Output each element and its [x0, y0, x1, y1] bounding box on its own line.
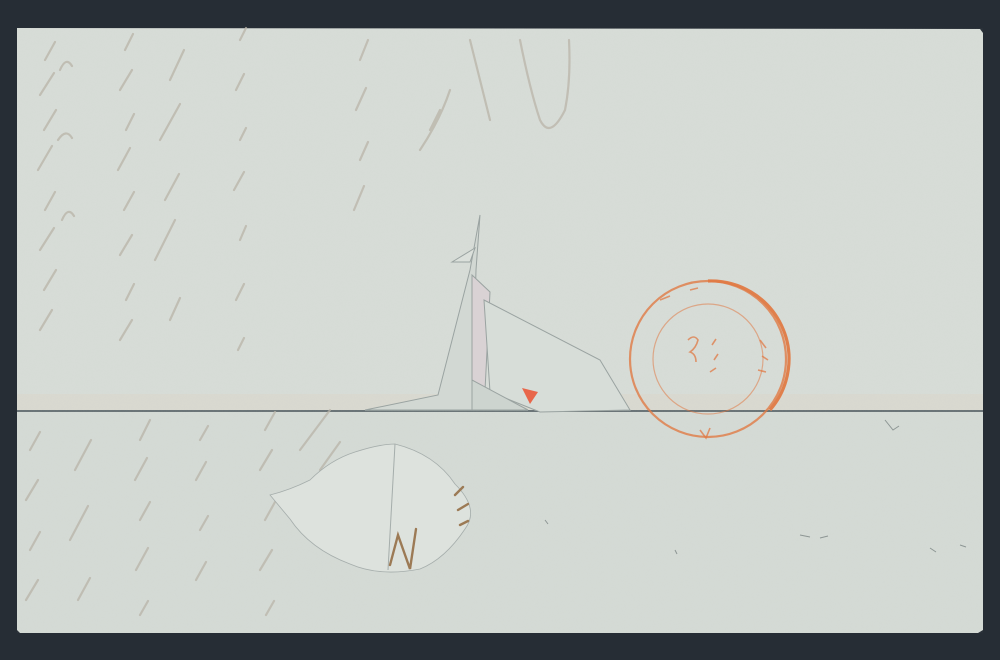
letter-illustration: [0, 0, 1000, 660]
letter-photo: [0, 0, 1000, 660]
